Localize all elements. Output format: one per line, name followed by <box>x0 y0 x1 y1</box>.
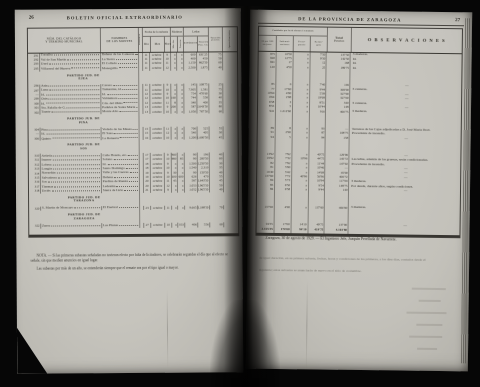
paper-crease <box>306 280 308 370</box>
dotted-leader <box>46 103 99 104</box>
cell-num: 302 <box>28 111 39 115</box>
header-c1: 10 por 100 mejoras <box>259 36 276 51</box>
dotted-leader <box>113 159 137 160</box>
cell-num: 320 <box>29 207 40 211</box>
nota-continuation-2: siguiente; estas subastas se anunciarán … <box>259 268 459 274</box>
header-c4-line2: gros <box>316 44 321 46</box>
header-estereos: ESTÉREOS <box>184 37 197 52</box>
table-body-right: 97510'50a7'50137'503 maderas.94012'75a9'… <box>255 52 462 238</box>
header-termino-line2: Y TÉRMINO MUNICIPAL <box>45 40 82 43</box>
header-fecha-title: Fecha de la subasta <box>143 28 170 37</box>
cell-c1 <box>257 192 274 205</box>
cell-tot <box>325 140 349 153</box>
table-header-left: NÚM. DEL CATÁLOGO Y TÉRMINO MUNICIPAL NO… <box>27 26 238 53</box>
cell-text: Quinto <box>41 137 51 141</box>
left-total-spacer <box>29 227 238 236</box>
left-running-title: BOLETIN OFICIAL EXTRAORDINARIO <box>67 15 183 21</box>
dotted-leader <box>119 207 138 208</box>
dotted-leader <box>49 63 99 64</box>
dotted-leader <box>114 177 138 178</box>
cell-c3 <box>291 140 308 153</box>
dotted-leader <box>58 177 100 178</box>
dotted-leader <box>116 185 138 186</box>
cell-tot <box>324 210 348 223</box>
ghost-mark <box>417 348 437 350</box>
dotted-leader <box>67 107 100 108</box>
dotted-leader <box>123 89 138 90</box>
cell-c2 <box>273 209 290 222</box>
header-lenas-title: Leñas <box>184 27 208 36</box>
cell-tot <box>325 114 349 127</box>
header-mtas-label: Tasación <box>180 40 182 48</box>
header-c4: Reinte- gros <box>310 36 327 51</box>
dotted-leader <box>107 94 137 95</box>
header-observaciones: O B S E R V A C I O N E S <box>350 28 462 53</box>
scanned-book-spread: { "left": { "page_number": "26", "runnin… <box>0 0 480 387</box>
cell-pueblo: Villarreal del Huerva <box>39 66 100 71</box>
cell-c1 <box>257 139 274 152</box>
right-page-number: 27 <box>455 18 460 23</box>
cell-pueblo: S. Martín de Moncayo <box>40 206 101 211</box>
cell-c1 <box>258 113 275 126</box>
ghost-mark <box>412 288 446 290</box>
cell-c2 <box>274 192 291 205</box>
total-cell-obs <box>348 228 460 235</box>
cell-c4 <box>307 192 324 205</box>
table-body-left: 291TorralbaDehesa de las Canteras11octub… <box>27 52 239 237</box>
dotted-leader <box>129 181 138 182</box>
right-page: DE LA PROVINCIA DE ZARAGOZA 27 Cantidade… <box>246 10 472 372</box>
total-cell-c3: 94'10 <box>290 227 307 233</box>
auction-table-right: Cantidades que ha de abonar el rematante… <box>255 26 463 238</box>
dotted-leader <box>49 98 100 99</box>
dotted-leader <box>124 190 138 191</box>
cell-c3 <box>291 113 308 126</box>
header-mes: Mes <box>150 37 164 52</box>
header-pastos: Tasación pesetas <box>208 27 222 51</box>
torn-corner <box>17 328 47 374</box>
cell-monte: La Retuerta <box>101 136 139 141</box>
cell-pueblo: Quinto <box>40 136 101 141</box>
dotted-leader <box>116 59 137 60</box>
cell-c4 <box>308 114 325 127</box>
header-montes-line2: DE LOS MONTES <box>106 40 132 43</box>
dotted-leader <box>53 155 100 156</box>
header-c1-line2: mejoras <box>263 43 272 45</box>
dotted-leader <box>119 111 137 112</box>
cell-obs <box>348 210 460 224</box>
ghost-mark <box>416 324 442 326</box>
cell-text: Monte Alto <box>102 110 118 114</box>
dotted-leader <box>49 129 100 130</box>
cell-c1 <box>257 209 274 222</box>
table-header-right: Cantidades que ha de abonar el rematante… <box>258 26 463 55</box>
dotted-leader <box>118 98 137 99</box>
header-nombres: NOMBRES DE LOS MONTES <box>100 28 138 52</box>
cell-monte: Sierra de Lirio <box>101 189 139 194</box>
cell-c4 <box>308 140 325 153</box>
cell-c2 <box>275 113 292 126</box>
header-c2-line2: zaciones <box>280 44 290 46</box>
auction-table-left: NÚM. DEL CATÁLOGO Y TÉRMINO MUNICIPAL NO… <box>27 26 239 237</box>
cell-num: 318 <box>29 189 40 193</box>
total-cell-tot: 4.103'80 <box>324 227 348 233</box>
dotted-leader <box>74 207 100 208</box>
dotted-leader <box>67 59 99 60</box>
dotted-leader <box>135 54 137 55</box>
cell-pueblo: Urriés <box>40 189 101 194</box>
nota-footnote: NOTA. — Si las primeras subastas señalad… <box>30 252 236 272</box>
header-catalogo: NÚM. DEL CATÁLOGO Y TÉRMINO MUNICIPAL <box>28 28 100 53</box>
cell-c3 <box>292 70 309 83</box>
cell-c3 <box>290 210 307 223</box>
right-running-title: DE LA PROVINCIA DE ZARAGOZA <box>298 16 401 22</box>
dotted-leader <box>52 138 99 139</box>
header-gutter-col: Aprovechamientos <box>222 27 237 51</box>
dotted-leader <box>129 172 137 173</box>
header-c2: Indemni- zaciones <box>276 36 293 51</box>
dotted-leader <box>136 107 137 108</box>
dotted-leader <box>56 173 99 174</box>
cell-text: Villarreal del Huerva <box>41 67 71 71</box>
left-page-number: 26 <box>29 16 34 21</box>
dotted-leader <box>53 164 100 165</box>
dotted-leader <box>54 55 99 56</box>
nota-paragraph-2: Las subastas por más de un año, se enten… <box>31 265 237 272</box>
cell-pueblo: Tauste <box>39 110 100 115</box>
dotted-leader <box>118 63 137 64</box>
header-pertenencia-label: Pertenencia <box>139 34 141 45</box>
cell-text: Sierra de Lirio <box>103 189 123 193</box>
paper-crease <box>167 289 169 369</box>
nota-paragraph-1: NOTA. — Si las primeras subastas señalad… <box>30 252 236 264</box>
cell-monte: Monte Alto <box>100 110 138 115</box>
dotted-leader <box>46 94 99 95</box>
dotted-leader <box>52 159 99 160</box>
dotted-leader <box>113 85 137 86</box>
header-group-cantidades: Cantidades que ha de abonar el rematante… <box>259 27 327 52</box>
dotted-leader <box>128 155 138 156</box>
dotted-leader <box>71 68 99 69</box>
header-group-lenas: Leñas ESTÉREOS Tasación Ptas. Cts. <box>183 27 208 51</box>
section-label: PARTIDO JUD. DE PINA <box>28 117 138 125</box>
dotted-leader <box>53 168 100 169</box>
total-cell-c4: 419'75 <box>307 227 324 233</box>
dotted-leader <box>107 163 137 164</box>
dotted-leader <box>48 181 100 182</box>
section-fill <box>139 192 238 206</box>
section-label: PARTIDO JUD. DE SOS <box>29 143 139 151</box>
empty-cell <box>29 227 238 234</box>
dotted-leader <box>54 186 100 187</box>
left-page: 26 BOLETIN OFICIAL EXTRAORDINARIO NÚM. D… <box>15 8 244 374</box>
dotted-leader <box>51 225 100 226</box>
section-fill <box>139 210 238 224</box>
dotted-leader <box>119 67 137 68</box>
cell-num: 306 <box>29 137 40 141</box>
total-cell-c1: 3.415'35 <box>256 227 273 233</box>
header-maderas-title: Maderas <box>171 28 183 37</box>
cell-c4 <box>307 210 324 223</box>
cell-text: Monegrillo <box>102 67 118 71</box>
total-cell-c2: 174'60 <box>273 227 290 233</box>
dotted-leader <box>120 137 138 138</box>
dotted-leader <box>46 133 99 134</box>
cell-text: S. Martín de Moncayo <box>42 207 74 211</box>
section-fill <box>139 140 238 154</box>
section-fill <box>138 114 237 128</box>
cell-num: 295 <box>28 67 39 71</box>
dotted-leader <box>119 225 138 226</box>
header-mcub-label: Mts. cbs. <box>173 40 175 49</box>
section-fill <box>138 70 237 84</box>
cell-text: Urriés <box>42 190 51 194</box>
cell-text: La Retuerta <box>102 137 118 141</box>
header-gutter-label: Aprovechamientos <box>229 30 232 48</box>
dotted-leader <box>133 129 138 130</box>
dotted-leader <box>49 85 100 86</box>
dotted-leader <box>52 190 100 191</box>
cell-c2 <box>275 70 292 83</box>
header-group-maderas: Maderas Mts. cbs. Tasación <box>170 28 183 52</box>
cell-c2 <box>274 139 291 152</box>
dotted-leader <box>51 111 99 112</box>
header-c3: Presu- puesto <box>293 36 310 51</box>
header-total: Total Pesetas <box>327 28 351 52</box>
header-total-line2: Pesetas <box>334 40 344 43</box>
dotted-leader <box>49 89 99 90</box>
section-label: PARTIDO JUD. DE ZARAGOZA <box>29 213 139 221</box>
dotted-leader <box>124 102 138 103</box>
cell-obs <box>349 70 461 84</box>
cell-c3 <box>290 192 307 205</box>
dotted-leader <box>126 168 138 169</box>
cell-tot <box>324 193 348 206</box>
ghost-mark <box>409 336 442 338</box>
header-c3-line2: puesto <box>298 44 305 46</box>
section-label: PARTIDO JUD. DE EJEA <box>28 73 138 81</box>
dotted-leader <box>114 133 138 134</box>
nota-continuation-1: de igual duración, en su primera subasta… <box>259 256 459 262</box>
cell-c4 <box>309 70 326 83</box>
cell-c1 <box>258 69 275 82</box>
ghost-mark <box>406 312 446 314</box>
cell-tot <box>326 70 350 83</box>
cell-monte: El Enebral <box>101 206 139 211</box>
header-group-fecha: Fecha de la subasta Día Mes Hora <box>142 28 170 52</box>
cell-text: El Enebral <box>103 207 118 211</box>
cell-monte: Monegrillo <box>100 66 138 71</box>
cell-text: Tauste <box>41 111 50 115</box>
section-label: PARTIDO JUD. DE TARAZONA <box>29 196 139 204</box>
ghost-mark <box>419 300 441 302</box>
cell-obs <box>348 193 460 207</box>
